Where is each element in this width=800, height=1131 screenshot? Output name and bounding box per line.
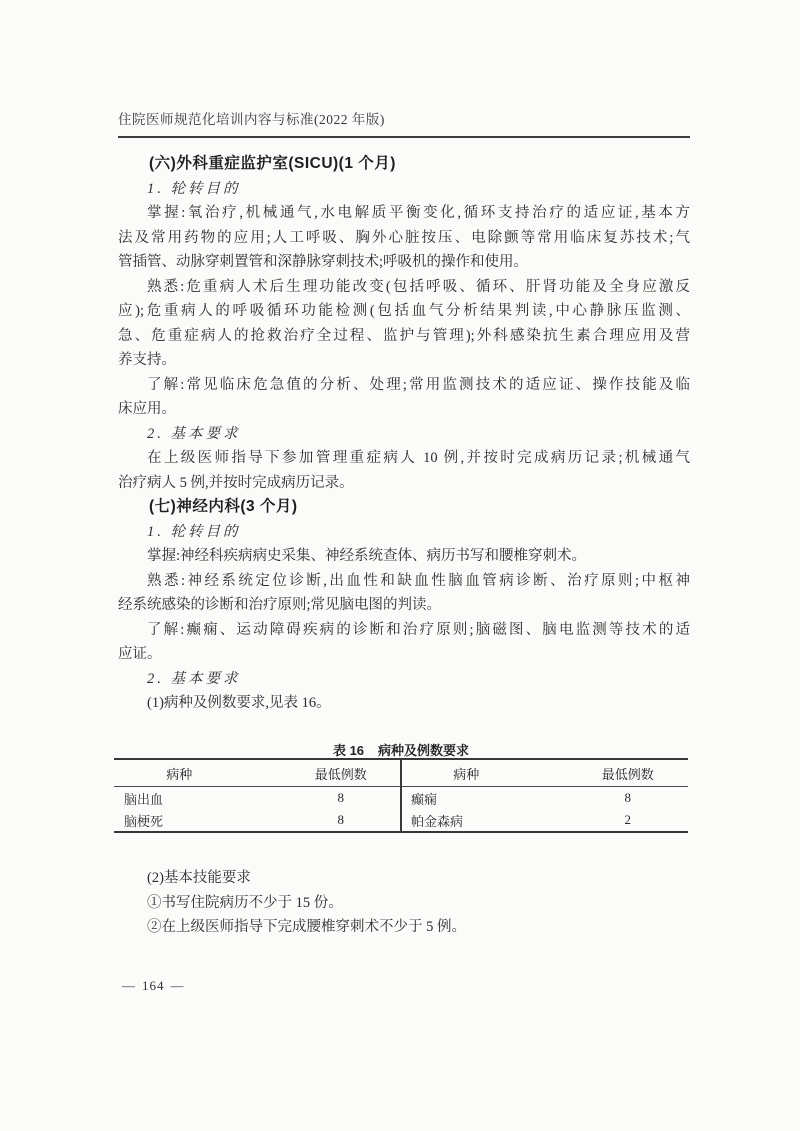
paragraph-line: 掌握:氧治疗,机械通气,水电解质平衡变化,循环支持治疗的适应证,基本方 [118, 201, 690, 226]
paragraph-line: 熟悉:神经系统定位诊断,出血性和缺血性脑血管病诊断、治疗原则;中枢神 [118, 569, 690, 594]
header-rule [118, 136, 690, 138]
footer-left-dash: — [122, 978, 136, 993]
table-header-row: 病种 最低例数 病种 最低例数 [114, 760, 688, 787]
paragraph-line: 经系统感染的诊断和治疗原则;常见脑电图的判读。 [118, 593, 690, 618]
skills-item: ②在上级医师指导下完成腰椎穿刺术不少于 5 例。 [118, 915, 690, 940]
table-cell-min-cases: 8 [280, 812, 401, 828]
paragraph-line: 管插管、动脉穿刺置管和深静脉穿刺技术;呼吸机的操作和使用。 [118, 250, 690, 275]
table-row: 脑出血 8 癫痫 8 [114, 787, 688, 809]
table-16-caption-title: 病种及例数要求 [378, 743, 469, 758]
book-page: { "header": { "running_title": "住院医师规范化培… [0, 0, 800, 1131]
section-title-sicu: (六)外科重症监护室(SICU)(1 个月) [118, 152, 690, 177]
paragraph-line: 法及常用药物的应用;人工呼吸、胸外心脏按压、电除颤等常用临床复苏技术;气 [118, 226, 690, 251]
paragraph-line: 养支持。 [118, 348, 690, 373]
table-cell-min-cases: 8 [280, 790, 401, 806]
table-header-disease-right: 病种 [401, 764, 567, 783]
paragraph-line: 床应用。 [118, 397, 690, 422]
paragraph-line: 了解:癫痫、运动障碍疾病的诊断和治疗原则;脑磁图、脑电监测等技术的适 [118, 618, 690, 643]
basic-skills-block: (2)基本技能要求 ①书写住院病历不少于 15 份。 ②在上级医师指导下完成腰椎… [118, 866, 690, 940]
table-16-caption: 表 16病种及例数要求 [114, 740, 688, 759]
table-row: 脑梗死 8 帕金森病 2 [114, 809, 688, 831]
table-cell-disease: 帕金森病 [401, 811, 567, 830]
table-header-disease-left: 病种 [114, 764, 280, 783]
skills-item: ①书写住院病历不少于 15 份。 [118, 891, 690, 916]
paragraph-line: 治疗病人 5 例,并按时完成病历记录。 [118, 471, 690, 496]
page-number: —164— [122, 978, 191, 994]
subsection-basic-requirements: 2. 基本要求 [118, 422, 690, 447]
paragraph-line: 在上级医师指导下参加管理重症病人 10 例,并按时完成病历记录;机械通气 [118, 446, 690, 471]
footer-page-number: 164 [142, 978, 165, 993]
table-cell-disease: 癫痫 [401, 789, 567, 808]
paragraph-line: 急、危重症病人的抢救治疗全过程、监护与管理);外科感染抗生素合理应用及营 [118, 324, 690, 349]
subsection-rotation-purpose: 1. 轮转目的 [118, 520, 690, 545]
paragraph-line: 了解:常见临床危急值的分析、处理;常用监测技术的适应证、操作技能及临 [118, 373, 690, 398]
table-cell-disease: 脑出血 [114, 789, 280, 808]
paragraph-line: 应);危重病人的呼吸循环功能检测(包括血气分析结果判读,中心静脉压监测、 [118, 299, 690, 324]
main-text-column: (六)外科重症监护室(SICU)(1 个月) 1. 轮转目的 掌握:氧治疗,机械… [118, 152, 690, 716]
section-title-neurology: (七)神经内科(3 个月) [118, 495, 690, 520]
subsection-rotation-purpose: 1. 轮转目的 [118, 177, 690, 202]
paragraph-line: 掌握:神经科疾病病史采集、神经系统查体、病历书写和腰椎穿刺术。 [118, 544, 690, 569]
subsection-basic-requirements: 2. 基本要求 [118, 667, 690, 692]
footer-right-dash: — [171, 978, 185, 993]
table-header-min-cases-left: 最低例数 [280, 764, 401, 783]
skills-heading: (2)基本技能要求 [118, 866, 690, 891]
table-16-caption-label: 表 16 [333, 743, 364, 758]
running-header-title: 住院医师规范化培训内容与标准(2022 年版) [118, 108, 690, 128]
table-cell-min-cases: 8 [567, 790, 688, 806]
paragraph-line: 熟悉:危重病人术后生理功能改变(包括呼吸、循环、肝肾功能及全身应激反 [118, 275, 690, 300]
paragraph-line: (1)病种及例数要求,见表 16。 [118, 691, 690, 716]
table-header-min-cases-right: 最低例数 [567, 764, 688, 783]
paragraph-line: 应证。 [118, 642, 690, 667]
table-16: 病种 最低例数 病种 最低例数 脑出血 8 癫痫 8 脑梗死 8 帕金森病 2 [114, 758, 688, 833]
table-cell-disease: 脑梗死 [114, 811, 280, 830]
table-cell-min-cases: 2 [567, 812, 688, 828]
